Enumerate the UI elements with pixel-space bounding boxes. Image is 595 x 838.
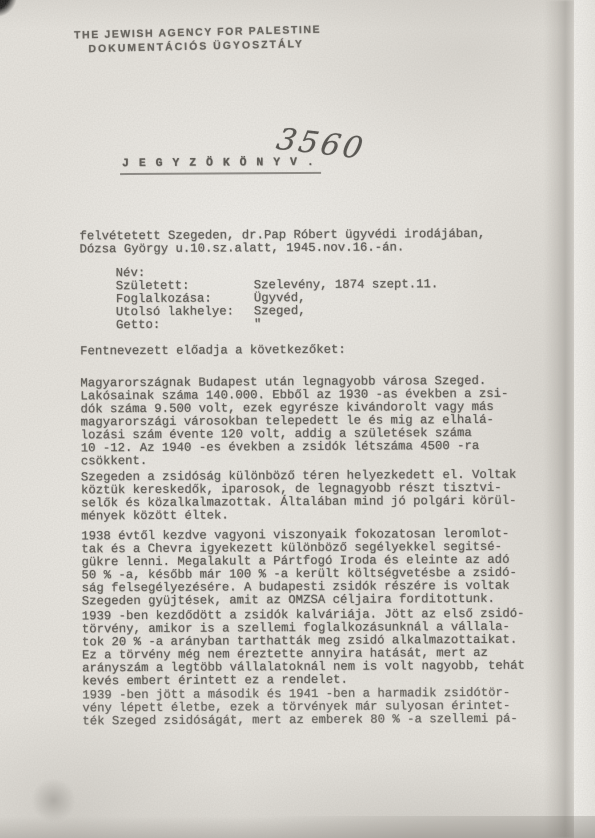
form-label: Utolsó lakhelye: — [116, 305, 254, 319]
paragraph-3: 1938 évtől kezdve vagyoni viszonyaik fok… — [81, 528, 541, 609]
form-row-ghetto: Getto:" — [116, 317, 439, 332]
paragraph-2: Szegeden a zsidóság különböző téren hely… — [81, 469, 541, 524]
document-content: THE JEWISH AGENCY FOR PALESTINE DOKUMENT… — [0, 0, 595, 838]
intro-paragraph: felvétetett Szegeden, dr.Pap Róbert ügyv… — [79, 228, 519, 257]
scanned-document-page: THE JEWISH AGENCY FOR PALESTINE DOKUMENT… — [0, 0, 595, 838]
agency-stamp: THE JEWISH AGENCY FOR PALESTINE DOKUMENT… — [74, 24, 322, 57]
form-value: " — [254, 317, 261, 331]
paragraph-5: 1939 -ben jött a második és 1941 -ben a … — [82, 687, 542, 729]
personal-data-form: Név: Született:Szelevény, 1874 szept.11.… — [116, 265, 439, 332]
handwritten-registry-number: 3560 — [276, 133, 367, 156]
statement-lead: Fentnevezett előadja a következőket: — [80, 344, 346, 359]
form-value: Szelevény, 1874 szept.11. — [254, 277, 439, 292]
document-title: J E G Y Z Ö K Ö N Y V . — [120, 156, 321, 175]
form-value: Szeged, — [254, 304, 306, 318]
form-label: Getto: — [116, 318, 254, 332]
paragraph-4: 1939 -ben kezdődött a zsidók kalváriája.… — [82, 608, 542, 689]
paragraph-1: Magyarországnak Budapest után legnagyobb… — [80, 375, 541, 469]
